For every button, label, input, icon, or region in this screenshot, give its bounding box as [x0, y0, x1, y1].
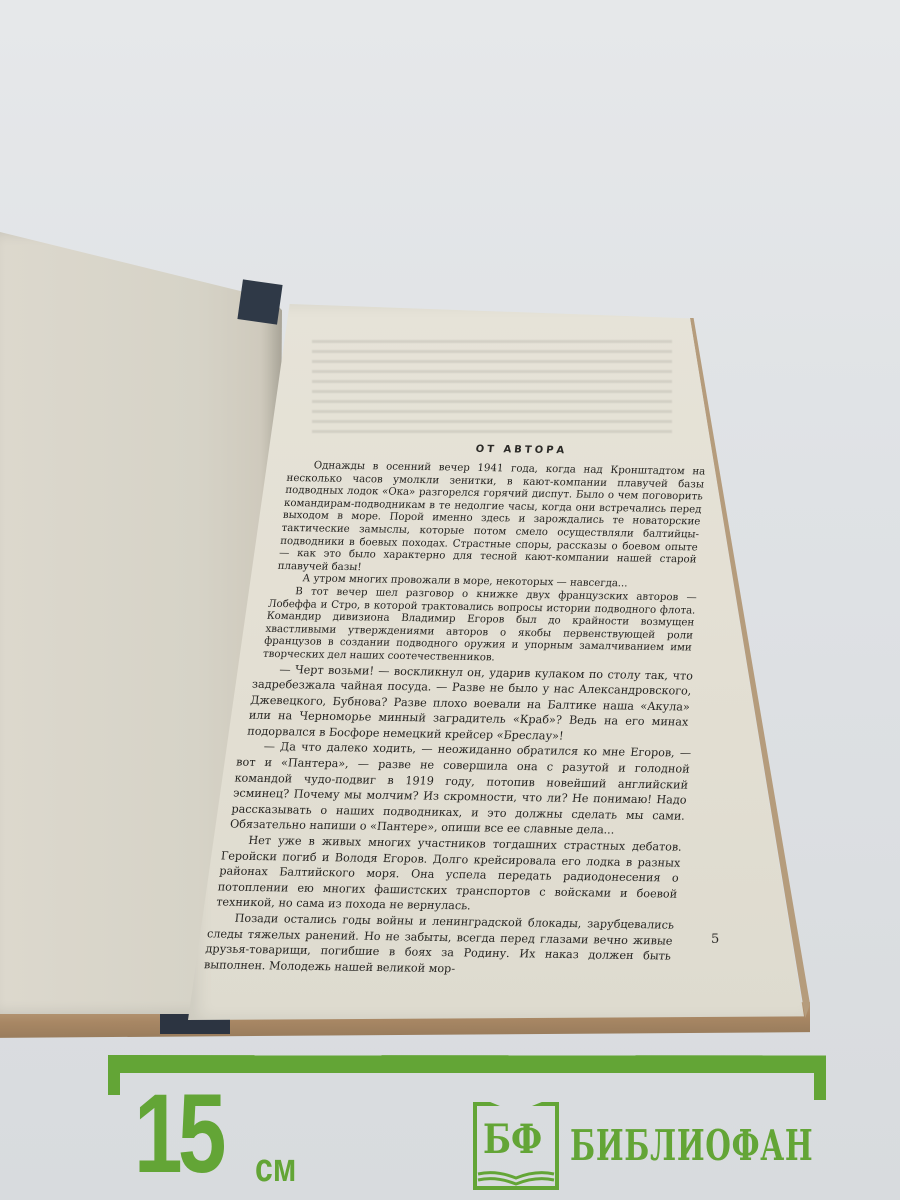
- page-text: ОТ АВТОРА Однажды в осенний вечер 1941 г…: [199, 440, 721, 980]
- logo-monogram: БФ: [483, 1120, 542, 1160]
- photo-scene: ОТ АВТОРА Однажды в осенний вечер 1941 г…: [0, 0, 900, 1200]
- page-number: 5: [711, 932, 719, 947]
- paragraph: Позади остались годы войны и ленинградск…: [199, 910, 675, 980]
- paragraph: Нет уже в живых многих участников тогдаш…: [205, 832, 682, 917]
- scale-length-value: 15: [134, 1078, 222, 1190]
- bleed-through-text: [312, 340, 672, 440]
- scale-tick-right: [814, 1058, 826, 1100]
- paragraph: — Да что далеко ходить, — неожиданно обр…: [213, 739, 692, 840]
- scale-tick-left: [108, 1055, 120, 1095]
- paragraph: — Черт возьми! — воскликнул он, ударив к…: [223, 661, 700, 746]
- paragraph: Однажды в осенний вечер 1941 года, когда…: [239, 459, 720, 580]
- brand-name: БИБЛИОФАН: [570, 1125, 813, 1167]
- scale-length-unit: см: [255, 1148, 296, 1188]
- spine-top-corner: [237, 279, 282, 324]
- book-pages-icon: [476, 1170, 556, 1186]
- paragraph: В тот вечер шел разговор о книжке двух ф…: [230, 585, 707, 668]
